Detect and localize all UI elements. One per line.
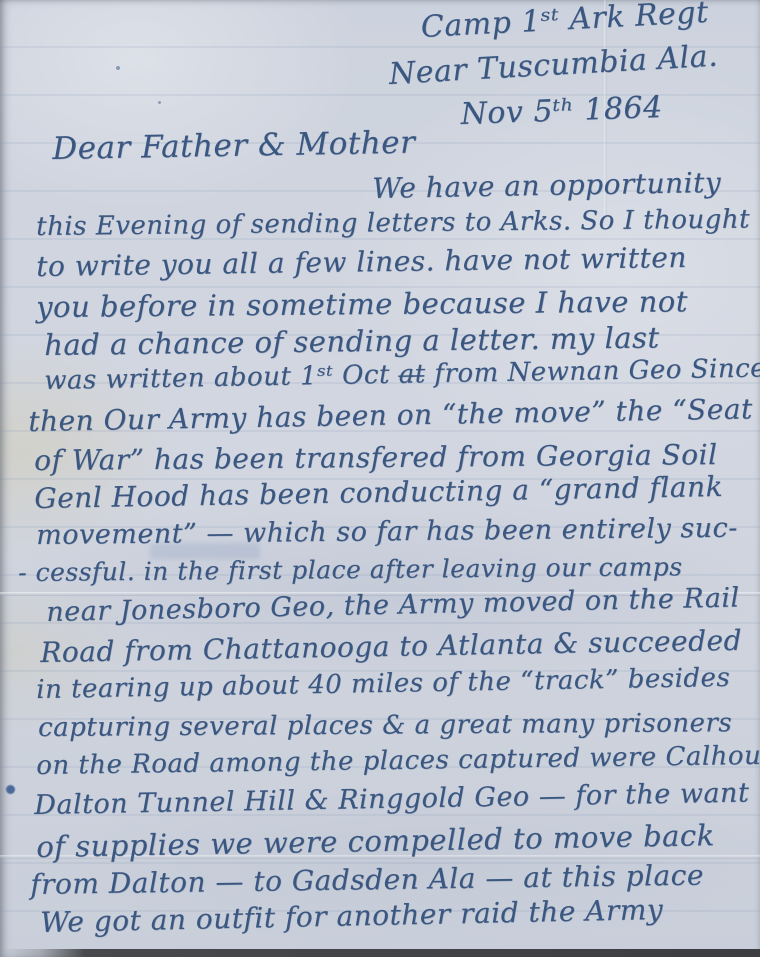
letter-salutation: Dear Father & Mother: [52, 125, 416, 167]
letter-header-camp: Camp 1ˢᵗ Ark Regt: [420, 0, 709, 45]
letter-body-line: Dalton Tunnel Hill & Ringgold Geo — for …: [34, 778, 750, 821]
letter-body-line: had a chance of sending a letter. my las…: [44, 320, 660, 362]
letter-body-line: on the Road among the places captured we…: [36, 741, 760, 781]
scan-bottom-edge: [0, 949, 760, 957]
letter-header-date: Nov 5ᵗʰ 1864: [460, 90, 663, 132]
letter-body-line: - cessful. in the first place after leav…: [18, 552, 683, 587]
letter-body-line: this Evening of sending letters to Arks.…: [36, 205, 750, 242]
ink-speck: [158, 101, 161, 104]
ink-blot: [6, 785, 15, 794]
letter-body-line: then Our Army has been on “the move” the…: [28, 392, 753, 438]
letter-body-line: Road from Chattanooga to Atlanta & succe…: [40, 624, 742, 669]
letter-body-line: Genl Hood has been conducting a “grand f…: [34, 470, 723, 515]
letter-body-line: of supplies we were compelled to move ba…: [36, 818, 715, 864]
ink-speck: [116, 66, 120, 70]
letter-body-line: in tearing up about 40 miles of the “tra…: [36, 663, 731, 705]
letter-body-line: to write you all a few lines. have not w…: [36, 241, 687, 283]
letter-body-line: you before in sometime because I have no…: [36, 284, 688, 324]
letter-body-line: We got an outfit for another raid the Ar…: [40, 893, 664, 939]
scanned-letter-page: Camp 1ˢᵗ Ark Regt Near Tuscumbia Ala. No…: [0, 0, 760, 957]
letter-body-line: near Jonesboro Geo, the Army moved on th…: [46, 582, 740, 628]
letter-body-line: movement” — which so far has been entire…: [36, 513, 738, 551]
letter-header-location: Near Tuscumbia Ala.: [388, 39, 719, 92]
letter-body-line: We have an opportunity: [372, 166, 721, 205]
letter-body-line: capturing several places & a great many …: [38, 708, 732, 743]
